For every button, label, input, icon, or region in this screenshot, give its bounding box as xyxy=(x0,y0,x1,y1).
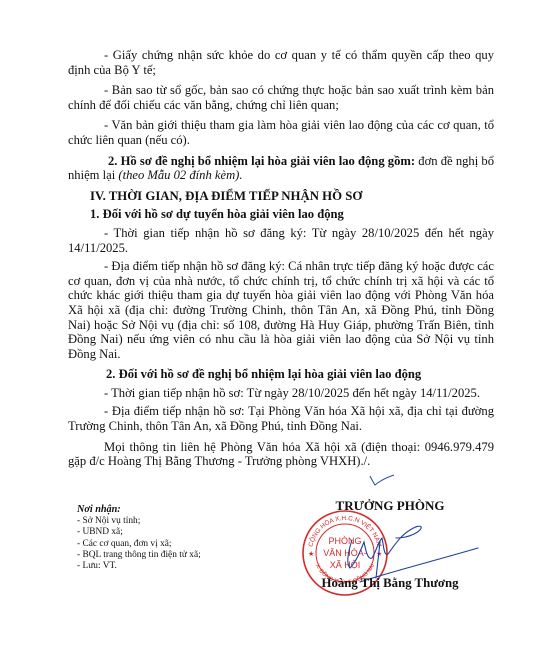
recipient-item: - Các cơ quan, đơn vị xã; xyxy=(77,539,267,550)
section-iv-2-heading: 2. Đối với hồ sơ đề nghị bổ nhiệm lại hò… xyxy=(68,367,494,382)
recipients-list: - Sở Nội vụ tỉnh; - UBND xã; - Các cơ qu… xyxy=(77,516,267,572)
section-iv-heading: IV. THỜI GIAN, ĐỊA ĐIỂM TIẾP NHẬN HỒ SƠ xyxy=(68,189,494,204)
section-iv-1-time: - Thời gian tiếp nhận hồ sơ đăng ký: Từ … xyxy=(68,226,494,255)
recipient-item: - Lưu: VT. xyxy=(77,561,267,572)
svg-text:★: ★ xyxy=(308,550,314,558)
reappointment-note: (theo Mẫu 02 đính kèm). xyxy=(118,168,242,182)
section-iv-2-place: - Địa điểm tiếp nhận hồ sơ: Tại Phòng Vă… xyxy=(68,404,494,433)
recipient-item: - Sở Nội vụ tỉnh; xyxy=(77,516,267,527)
recipients-block: Nơi nhận: - Sở Nội vụ tỉnh; - UBND xã; -… xyxy=(77,504,267,572)
paragraph-reappointment-dossier: 2. Hồ sơ đề nghị bổ nhiệm lại hòa giải v… xyxy=(68,154,494,183)
signature-block: CỘNG HÒA X.H.C.N VIỆT NAM X. ĐỒNG PHÚ, T… xyxy=(290,498,490,608)
document-body: - Giấy chứng nhận sức khỏe do cơ quan y … xyxy=(68,48,494,475)
recipient-item: - UBND xã; xyxy=(77,527,267,538)
paragraph-introduction-letter: - Văn bản giới thiệu tham gia làm hòa gi… xyxy=(68,118,494,147)
recipients-title: Nơi nhận: xyxy=(77,504,267,515)
recipient-item: - BQL trang thông tin điện tử xã; xyxy=(77,550,267,561)
paragraph-certified-copies: - Bản sao từ sổ gốc, bản sao có chứng th… xyxy=(68,83,494,112)
contact-paragraph: Mọi thông tin liên hệ Phòng Văn hóa Xã h… xyxy=(68,440,494,469)
reappointment-label: 2. Hồ sơ đề nghị bổ nhiệm lại hòa giải v… xyxy=(108,154,415,168)
check-mark-icon xyxy=(368,473,396,487)
paragraph-health-certificate: - Giấy chứng nhận sức khỏe do cơ quan y … xyxy=(68,48,494,77)
section-iv-2-time: - Thời gian tiếp nhận hồ sơ: Từ ngày 28/… xyxy=(68,386,494,401)
section-iv-1-heading: 1. Đối với hồ sơ dự tuyển hòa giải viên … xyxy=(68,207,494,222)
signer-name: Hoàng Thị Bằng Thương xyxy=(290,576,490,591)
section-iv-1-place: - Địa điểm tiếp nhận hồ sơ đăng ký: Cá n… xyxy=(68,259,494,361)
